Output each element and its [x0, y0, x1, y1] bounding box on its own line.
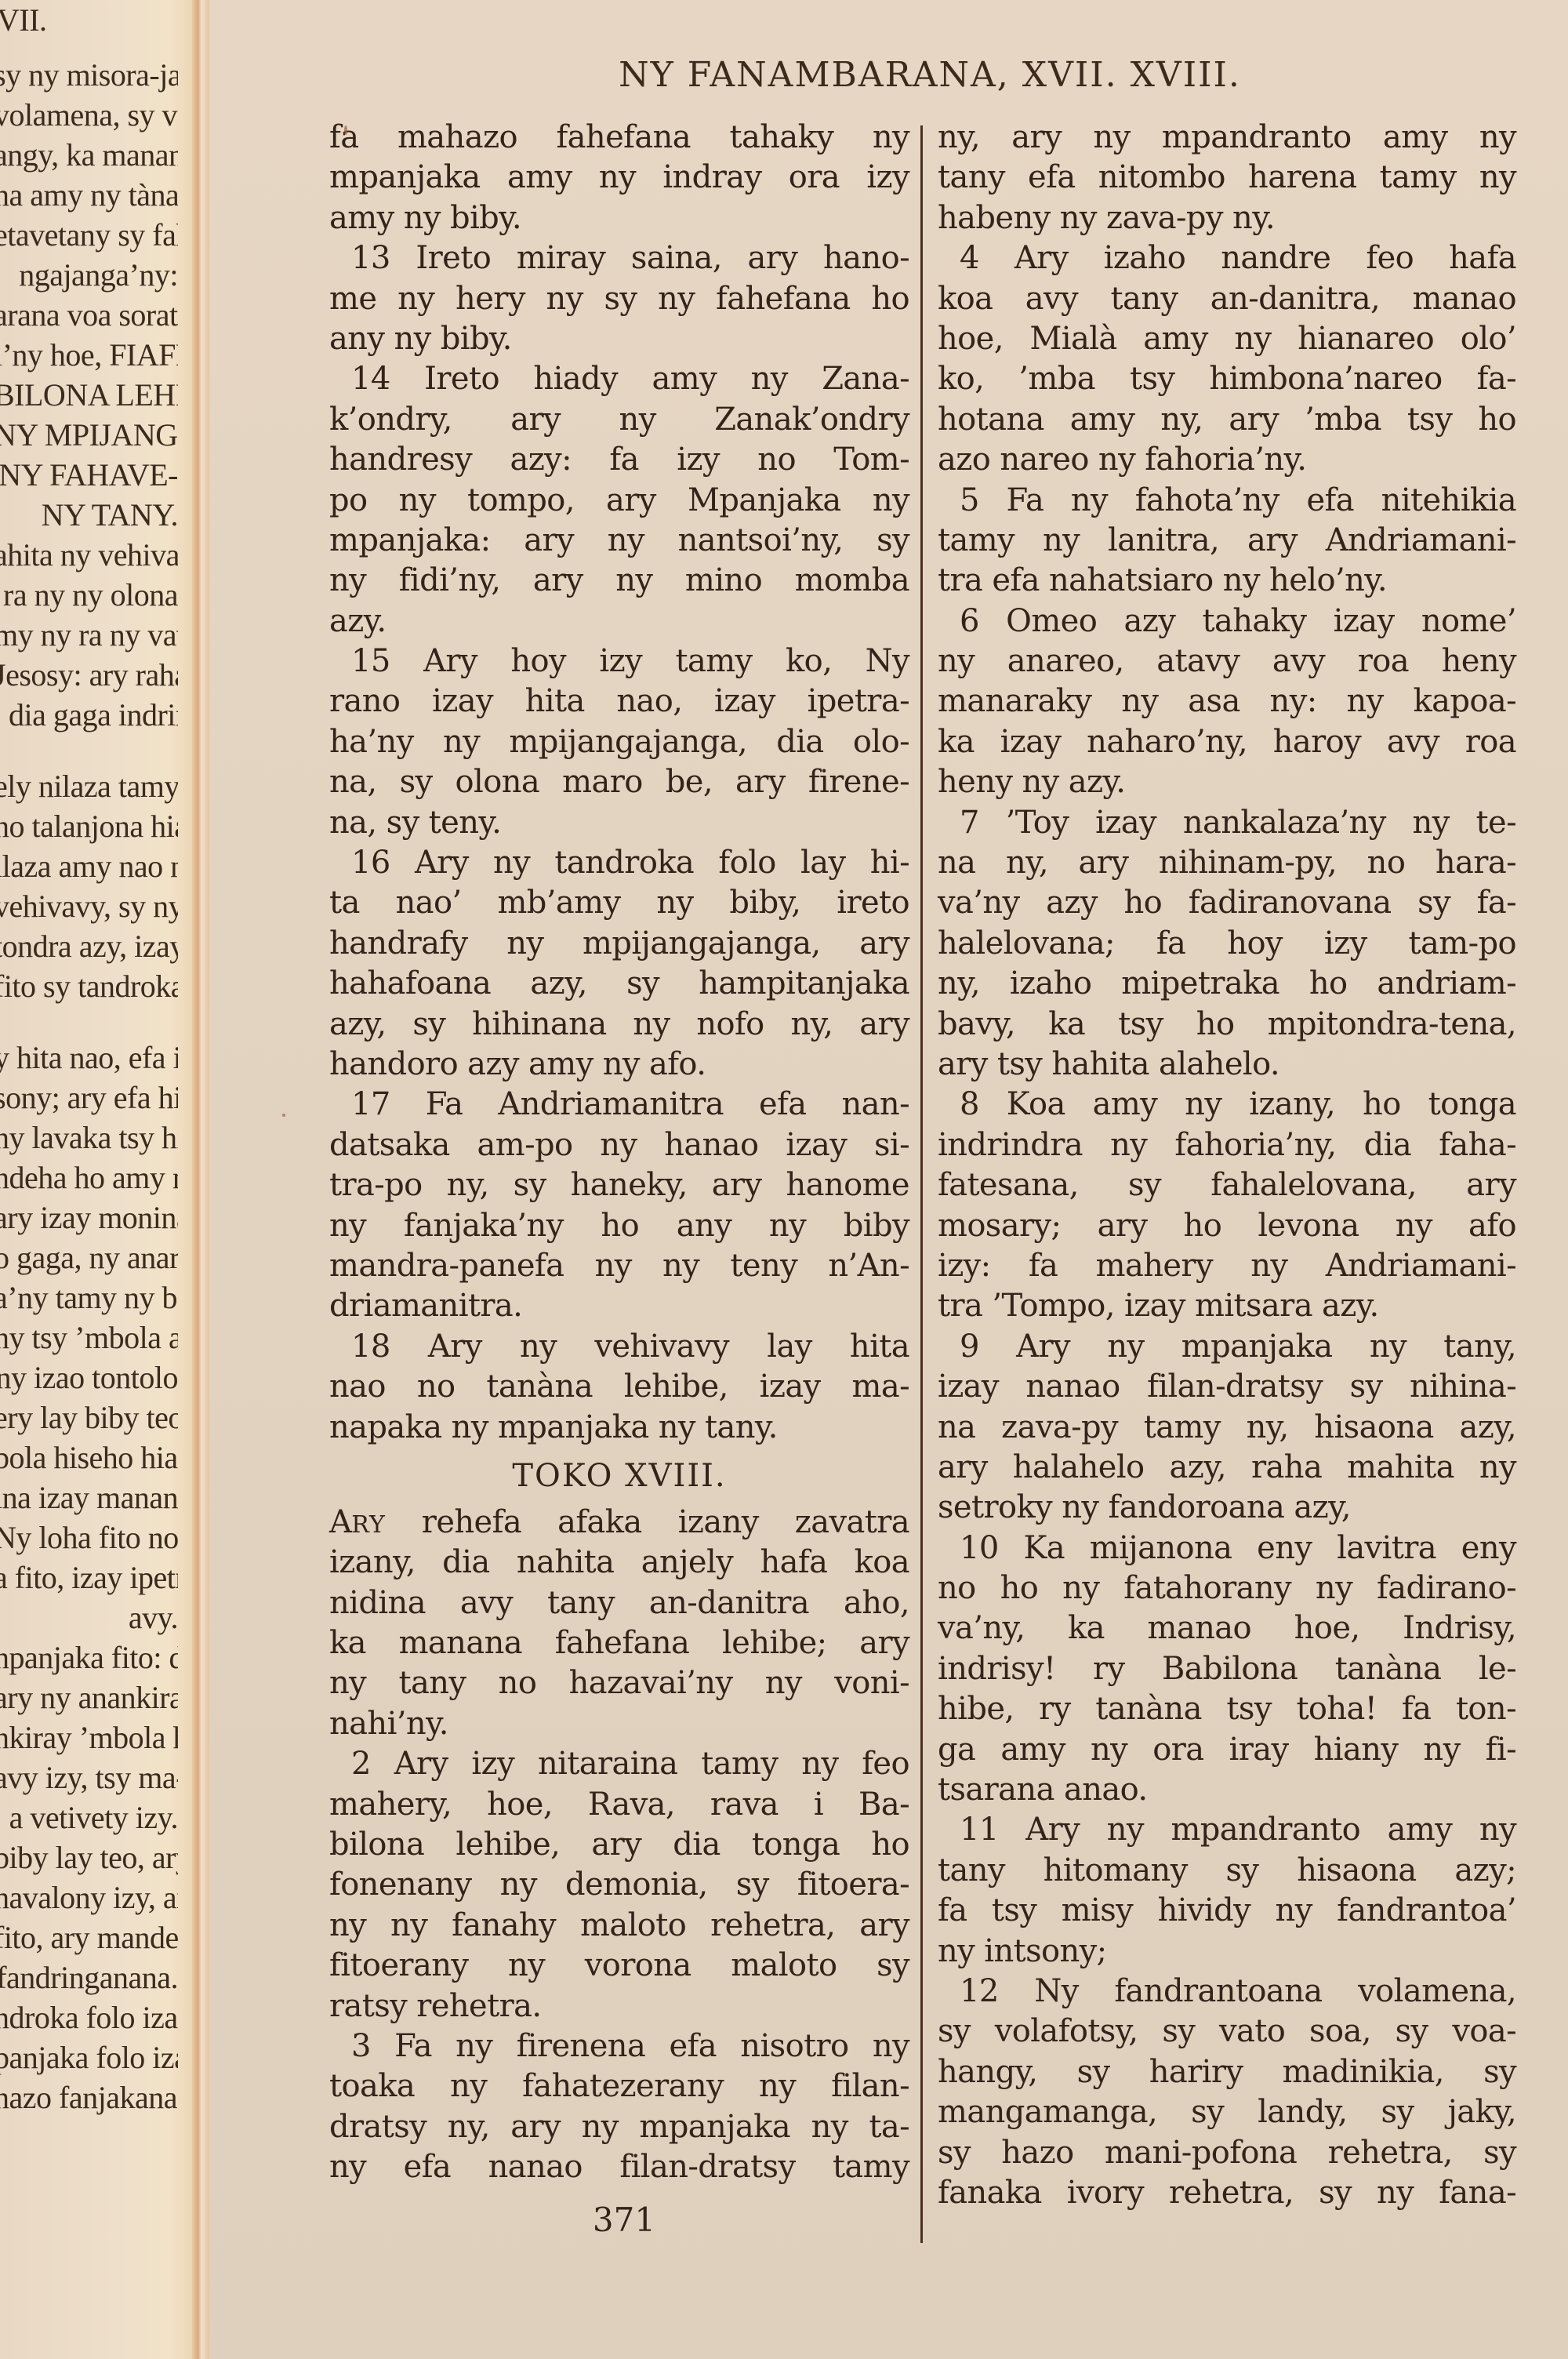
text-line: na, sy olona maro be, ary firene- — [329, 762, 909, 802]
text-line: heny ny azy. — [938, 762, 1516, 802]
text-line: mahery, hoe, Rava, rava i Ba- — [329, 1785, 909, 1825]
chapter-opening-line: ARY rehefa afaka izany zavatra — [329, 1503, 909, 1543]
facing-page-line: NY MPIJANGA- — [0, 415, 178, 455]
text-line: 17 Fa Andriamanitra efa nan- — [329, 1085, 909, 1125]
facing-page-line: ary ny anankiray — [0, 1677, 178, 1717]
facing-page-line: nazo fanjakana; — [0, 2077, 178, 2117]
text-line: dratsy ny, ary ny mpanjaka ny ta- — [329, 2107, 909, 2147]
text-line: fitoerany ny vorona maloto sy — [329, 1946, 909, 1986]
facing-page: VII. sy ny misora-jaky,volamena, sy vato… — [0, 0, 200, 2359]
text-line: ny efa nanao filan-dratsy tamy — [329, 2147, 909, 2187]
text-line: 13 Ireto miray saina, ary hano- — [329, 238, 909, 278]
text-line: nidina avy tany an-danitra aho, — [329, 1583, 909, 1623]
text-line: fa mahazo fahefana tahaky ny — [329, 118, 909, 158]
text-line: ny tany no hazavai’ny ny voni- — [329, 1663, 909, 1703]
text-line: driamanitra. — [329, 1286, 909, 1326]
facing-page-line: biby lay teo, ary — [0, 1837, 178, 1877]
text-line: hoe, Mialà amy ny hianareo olo’ — [938, 319, 1516, 359]
text-line: po ny tompo, ary Mpanjaka ny — [329, 481, 909, 521]
facing-page-line: bola hiseho hiany. — [0, 1438, 178, 1478]
text-line: mandra-panefa ny ny teny n’An- — [329, 1246, 909, 1286]
text-line: 6 Omeo azy tahaky izay nome’ — [938, 602, 1516, 642]
facing-page-line: volamena, sy vato — [0, 95, 178, 135]
text-line: hangy, sy hariry madinikia, sy — [938, 2052, 1516, 2092]
text-line: izany, dia nahita anjely hafa koa — [329, 1543, 909, 1583]
text-line: na zava-py tamy ny, hisaona azy, — [938, 1408, 1516, 1448]
text-line: fanaka ivory rehetra, sy ny fana- — [938, 2173, 1516, 2213]
facing-page-line: etavetany sy faha- — [0, 215, 178, 255]
facing-page-line: ngajanga’ny: — [0, 255, 178, 295]
column-divider — [920, 125, 923, 2243]
book-gutter — [192, 0, 209, 2359]
text-line: ny, izaho mipetraka ho andriam- — [938, 964, 1516, 1004]
text-line: 10 Ka mijanona eny lavitra eny — [938, 1528, 1516, 1568]
text-line: bilona lehibe, ary dia tonga ho — [329, 1825, 909, 1865]
facing-page-line: panjaka folo izay — [0, 2037, 178, 2077]
text-line: azo nareo ny fahoria’ny. — [938, 440, 1516, 480]
facing-page-line: ilaza amy nao ny — [0, 846, 178, 886]
text-line: tra ’Tompo, izay mitsara azy. — [938, 1286, 1516, 1326]
facing-page-line: arana voa soratra — [0, 295, 178, 335]
text-line: napaka ny mpanjaka ny tany. — [329, 1408, 909, 1448]
text-line: va’ny azy ho fadiranovana sy fa- — [938, 883, 1516, 923]
running-head: NY FANAMBARANA, XVII. XVIII. — [561, 55, 1298, 95]
text-line: ko, ’mba tsy himbona’nareo fa- — [938, 359, 1516, 399]
text-line: sy volafotsy, sy vato soa, sy voa- — [938, 2012, 1516, 2052]
facing-page-line: o gaga, ny anara’ — [0, 1238, 178, 1278]
text-line: ny intsony; — [938, 1932, 1516, 1972]
left-column-verses-chapter-17: fa mahazo fahefana tahaky nympanjaka amy… — [329, 118, 909, 1448]
left-column: fa mahazo fahefana tahaky nympanjaka amy… — [329, 118, 909, 2188]
text-line: tra efa nahatsiaro ny helo’ny. — [938, 561, 1516, 601]
text-line: na, sy teny. — [329, 803, 909, 843]
text-line: 15 Ary hoy izy tamy ko, Ny — [329, 642, 909, 682]
text-line: ny ny fanahy maloto rehetra, ary — [329, 1906, 909, 1946]
facing-page-line: nkiray ’mbola ho — [0, 1717, 178, 1757]
paper-speck — [344, 125, 347, 135]
facing-page-line: fandringanana. — [0, 1957, 178, 1997]
facing-page-line: ndroka folo izay — [0, 1997, 178, 2037]
text-line: nao no tanàna lehibe, izay ma- — [329, 1367, 909, 1407]
text-line: datsaka am-po ny hanao izay si- — [329, 1125, 909, 1165]
facing-page-line: avy izy, tsy ma- — [0, 1757, 178, 1797]
facing-page-line: ina izay manana — [0, 1478, 178, 1518]
text-line: k’ondry, ary ny Zanak’ondry — [329, 400, 909, 440]
text-line: 9 Ary ny mpanjaka ny tany, — [938, 1327, 1516, 1367]
text-line: na ny, ary nihinam-py, no hara- — [938, 843, 1516, 883]
text-line: 3 Fa ny firenena efa nisotro ny — [329, 2026, 909, 2066]
facing-page-line: ny tsy ’mbola ary — [0, 1318, 178, 1358]
facing-page-line: NY FAHAVE- — [0, 455, 178, 495]
text-line: ka manana fahefana lehibe; ary — [329, 1623, 909, 1663]
facing-page-line: avy. — [0, 1598, 178, 1637]
text-line: rano izay hita nao, izay ipetra- — [329, 682, 909, 722]
facing-page-line: a vetivety izy. — [0, 1797, 178, 1837]
text-line: mosary; ary ho levona ny afo — [938, 1206, 1516, 1246]
facing-page-line: Ny loha fito no — [0, 1518, 178, 1558]
text-line: 7 ’Toy izay nankalaza’ny ny te- — [938, 803, 1516, 843]
chapter-heading: TOKO XVIII. — [329, 1452, 909, 1499]
text-line: any ny biby. — [329, 319, 909, 359]
text-line: mangamanga, sy landy, sy jaky, — [938, 2092, 1516, 2132]
text-line: 14 Ireto hiady amy ny Zana- — [329, 359, 909, 399]
text-line: ny anareo, atavy avy roa heny — [938, 642, 1516, 682]
facing-page-line: ahita ny vehivavy — [0, 535, 178, 575]
text-line: indrindra ny fahoria’ny, dia faha- — [938, 1125, 1516, 1165]
text-line: 4 Ary izaho nandre feo hafa — [938, 238, 1516, 278]
opening-initial: A — [329, 1504, 351, 1540]
text-line: setroky ny fandoroana azy, — [938, 1488, 1516, 1528]
facing-page-line: ny lavaka tsy hita — [0, 1118, 178, 1158]
facing-page-line: no talanjona hia- — [0, 806, 178, 846]
facing-page-line: vehivavy, sy ny — [0, 886, 178, 926]
facing-page-line: ra ny ny olona — [0, 575, 178, 615]
text-line: mpanjaka amy ny indray ora izy — [329, 158, 909, 198]
facing-page-line: fito, ary mande- — [0, 1917, 178, 1957]
text-line: fatesana, sy fahalelovana, ary — [938, 1165, 1516, 1205]
text-line: handrafy ny mpijangajanga, ary — [329, 924, 909, 964]
facing-page-text: VII. sy ny misora-jaky,volamena, sy vato… — [0, 0, 178, 2117]
text-line: tany hitomany sy hisaona azy; — [938, 1851, 1516, 1891]
text-line: 8 Koa amy ny izany, ho tonga — [938, 1085, 1516, 1125]
facing-page-line: ely nilaza tamy ko — [0, 766, 178, 806]
paper-speck — [282, 1114, 285, 1117]
text-line: amy ny biby. — [329, 198, 909, 238]
text-line: hibe, ry tanàna tsy toha! fa ton- — [938, 1689, 1516, 1729]
facing-page-line: ndeha ho amy ny — [0, 1158, 178, 1198]
text-line: me ny hery ny sy ny fahefana ho — [329, 279, 909, 319]
text-line: ny fidi’ny, ary ny mino momba — [329, 561, 909, 601]
facing-page-line: BILONA LEHI- — [0, 375, 178, 415]
text-line: tsarana anao. — [938, 1770, 1516, 1810]
opening-small-caps: RY — [351, 1511, 385, 1539]
facing-page-line: na amy ny tàna’ — [0, 175, 178, 215]
facing-page-line — [0, 1006, 178, 1038]
text-line: koa avy tany an-danitra, manao — [938, 279, 1516, 319]
text-line: hotana amy ny, ary ’mba tsy ho — [938, 400, 1516, 440]
text-line: 12 Ny fandrantoana volamena, — [938, 1972, 1516, 2012]
text-line: manaraky ny asa ny: ny kapoa- — [938, 682, 1516, 722]
text-line: habeny ny zava-py ny. — [938, 198, 1516, 238]
facing-page-line: angy, ka manan- — [0, 135, 178, 175]
facing-page-line: Jesosy: ary raha — [0, 655, 178, 695]
text-line: va’ny, ka manao hoe, Indrisy, — [938, 1608, 1516, 1648]
facing-page-line: fito sy tandroka — [0, 966, 178, 1006]
text-line: sy hazo mani-pofona rehetra, sy — [938, 2133, 1516, 2173]
facing-page-line: ny izao tontolo — [0, 1358, 178, 1398]
text-line: ta nao’ mb’amy ny biby, ireto — [329, 883, 909, 923]
text-line: azy, sy hihinana ny nofo ny, ary — [329, 1005, 909, 1045]
facing-page-line: sy ny misora-jaky, — [0, 55, 178, 95]
text-line: ka izay naharo’ny, haroy avy roa — [938, 722, 1516, 762]
text-line: ary halahelo azy, raha mahita ny — [938, 1448, 1516, 1488]
text-line: 5 Fa ny fahota’ny efa nitehikia — [938, 481, 1516, 521]
facing-page-line: ary izay monina — [0, 1198, 178, 1238]
text-line: mpanjaka: ary ny nantsoi’ny, sy — [329, 521, 909, 561]
text-line: 18 Ary ny vehivavy lay hita — [329, 1327, 909, 1367]
text-line: ary tsy hahita alahelo. — [938, 1045, 1516, 1085]
text-line: izy: fa mahery ny Andriamani- — [938, 1246, 1516, 1286]
text-line: bavy, ka tsy ho mpitondra-tena, — [938, 1005, 1516, 1045]
text-line: handresy azy: fa izy no Tom- — [329, 440, 909, 480]
text-line: ny, ary ny mpandranto amy ny — [938, 118, 1516, 158]
text-line: halelovana; fa hoy izy tam-po — [938, 924, 1516, 964]
facing-page-line: y hita nao, efa izy, — [0, 1038, 178, 1078]
text-line: nahi’ny. — [329, 1704, 909, 1744]
facing-page-line: tondra azy, izay — [0, 926, 178, 966]
facing-page-line: ery lay biby teo, — [0, 1398, 178, 1438]
facing-page-line: i’ny hoe, FIAFE- — [0, 335, 178, 375]
facing-page-line: a’ny tamy ny boky — [0, 1278, 178, 1318]
facing-page-line: npanjaka fito: di- — [0, 1637, 178, 1677]
facing-page-line: , dia gaga indrin- — [0, 695, 178, 735]
text-line: toaka ny fahatezerany ny filan- — [329, 2066, 909, 2106]
facing-page-line: a fito, izay ipetra- — [0, 1558, 178, 1598]
opening-line-text: rehefa afaka izany zavatra — [386, 1504, 909, 1540]
right-column: ny, ary ny mpandranto amy nytany efa nit… — [938, 118, 1516, 2213]
text-line: 11 Ary ny mpandranto amy ny — [938, 1810, 1516, 1850]
left-column-verses-chapter-18: ARY rehefa afaka izany zavatraizany, dia… — [329, 1503, 909, 2188]
text-line: ny fanjaka’ny ho any ny biby — [329, 1206, 909, 1246]
page-number: 371 — [577, 2201, 671, 2239]
text-line: 2 Ary izy nitaraina tamy ny feo — [329, 1744, 909, 1784]
text-line: azy. — [329, 602, 909, 642]
text-line: no ho ny fatahorany ny fadirano- — [938, 1568, 1516, 1608]
facing-page-line: my ny ra ny vavo- — [0, 615, 178, 655]
text-line: handoro azy amy ny afo. — [329, 1045, 909, 1085]
text-line: tamy ny lanitra, ary Andriamani- — [938, 521, 1516, 561]
facing-page-line: sony; ary efa hia- — [0, 1078, 178, 1118]
facing-page-header: VII. — [0, 0, 178, 55]
text-line: ha’ny ny mpijangajanga, dia olo- — [329, 722, 909, 762]
text-line: ratsy rehetra. — [329, 1986, 909, 2026]
text-line: tra-po ny, sy haneky, ary hanome — [329, 1165, 909, 1205]
text-line: ga amy ny ora iray hiany ny fi- — [938, 1730, 1516, 1770]
text-line: tany efa nitombo harena tamy ny — [938, 158, 1516, 198]
text-line: indrisy! ry Babilona tanàna le- — [938, 1649, 1516, 1689]
text-line: hahafoana azy, sy hampitanjaka — [329, 964, 909, 1004]
text-line: fa tsy misy hividy ny fandrantoa’ — [938, 1891, 1516, 1931]
text-line: 16 Ary ny tandroka folo lay hi- — [329, 843, 909, 883]
facing-page-line: NY TANY. — [0, 495, 178, 535]
facing-page-line: havalony izy, ary — [0, 1877, 178, 1917]
text-line: izay nanao filan-dratsy sy nihina- — [938, 1367, 1516, 1407]
text-line: fonenany ny demonia, sy fitoera- — [329, 1865, 909, 1905]
facing-page-line — [0, 735, 178, 766]
